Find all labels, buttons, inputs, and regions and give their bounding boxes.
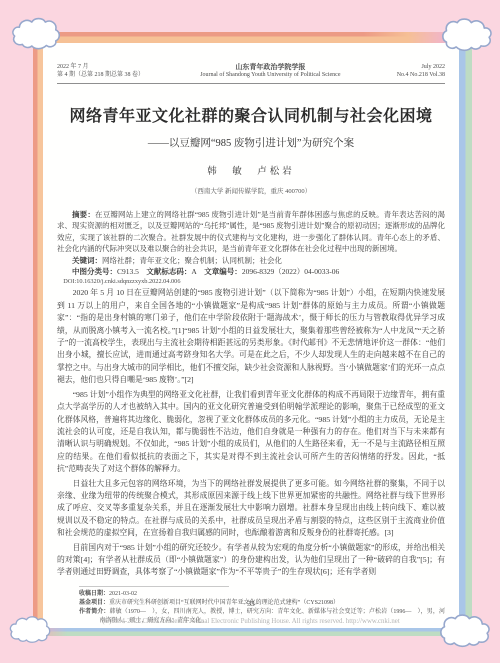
doc-code-label: 文献标志码： [139,267,192,276]
received-date-value: 2021-03-02 [109,591,137,597]
article-no-label: 文章编号： [197,267,242,276]
abstract-text: 在豆瓣网站上建立的网络社群“985 废物引进计划”是当前青年群体困惑与焦虑的反映… [57,210,445,253]
author-affiliation: （西南大学 新闻传媒学院，重庆 400700） [43,186,459,195]
body-paragraph: “985 计划”小组作为典型的网络亚文化社群，让我们看到青年亚文化群体的构成不再… [57,389,445,476]
header-divider [57,83,445,84]
keywords: 关键词：网络社群；青年亚文化；聚合机制；认同机制；社会化 [57,255,445,266]
article-title: 网络青年亚文化社群的聚合认同机制与社会化困境 [53,108,449,126]
body-paragraph: 日益壮大且多元包容的网络环境，为当下的网络社群发展提供了更多可能。如今网络社群的… [57,478,445,540]
page-number: · 33 · [43,599,459,608]
frame-left-stripe [33,32,43,636]
keywords-text: 网络社群；青年亚文化；聚合机制；认同机制；社会化 [102,256,282,265]
cloud-icon [440,15,494,53]
issue-date-cn: 2022 年 7 月 [57,63,144,71]
received-date-label: 收稿日期： [79,591,109,597]
article-page: 2022 年 7 月 第 4 期（总第 218 期总第 38 卷） 山东青年政治… [43,43,459,628]
article-subtitle: ——以豆瓣网“985 废物引进计划”为研究个案 [43,135,459,150]
journal-name: 山东青年政治学院学报 Journal of Shandong Youth Uni… [200,63,340,79]
issue-date-en: July 2022 [397,63,445,71]
doi: DOI:10.16320/j.cnki.sdqnzzxyxb.2022.04.0… [57,278,445,285]
article-authors: 韩 敏 卢松岩 [43,163,459,177]
frame-bottom-stripe [33,627,472,636]
issue-number-en: No.4 No.218 Vol.38 [397,71,445,79]
journal-header: 2022 年 7 月 第 4 期（总第 218 期总第 38 卷） 山东青年政治… [57,63,445,79]
received-date: 收稿日期：2021-03-02 [79,590,445,599]
article-no-value: 2096-8329（2022）04-0033-06 [242,267,340,276]
clc-value: C913.5 [117,267,139,276]
footnote-divider [79,586,229,587]
body-paragraph: 目前国内对于“985 计划”小组的研究还较少。有学者从较为宏观的角度分析“小镇做… [57,542,445,579]
article-meta: 中图分类号：C913.5 文献标志码：A 文章编号：2096-8329（2022… [57,266,445,277]
issue-number-cn: 第 4 期（总第 218 期总第 38 卷） [57,71,144,79]
header-issue-info: 2022 年 7 月 第 4 期（总第 218 期总第 38 卷） [57,63,144,79]
author-bio-label: 作者简介： [79,609,110,615]
journal-name-en: Journal of Shandong Youth University of … [200,71,340,79]
abstract-label: 摘要： [72,210,95,219]
header-issue-info-en: July 2022 No.4 No.218 Vol.38 [397,63,445,79]
frame-right-stripe [459,32,472,636]
cloud-icon [8,613,52,645]
journal-name-cn: 山东青年政治学院学报 [200,63,340,71]
body-paragraph: 2020 年 5 月 10 日在豆瓣网站创建的“985 废物引进计划”（以下简称… [57,287,445,386]
copyright-line: (C)1994-2022 China Academic Journal Elec… [43,618,459,625]
cloud-icon [438,611,492,649]
clc-label: 中图分类号： [72,267,117,276]
keywords-label: 关键词： [72,256,102,265]
abstract: 摘要：在豆瓣网站上建立的网络社群“985 废物引进计划”是当前青年群体困惑与焦虑… [57,209,445,255]
cloud-icon [10,15,62,51]
